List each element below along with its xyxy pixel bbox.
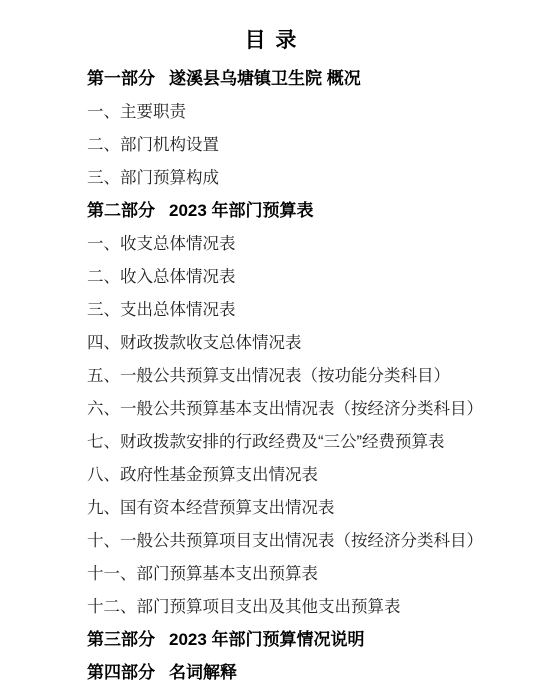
toc-item-text: 三、部门预算构成	[87, 164, 219, 188]
toc-item-text: 六、一般公共预算基本支出情况表（按经济分类科目）	[87, 395, 483, 419]
toc-item-text: 四、财政拨款收支总体情况表	[87, 329, 302, 353]
toc-item-text: 一、收支总体情况表	[87, 230, 236, 254]
toc-item-text: 一、主要职责	[87, 98, 186, 122]
toc-item: 十、一般公共预算项目支出情况表（按经济分类科目）	[87, 522, 513, 555]
toc-part-heading: 第一部分遂溪县乌塘镇卫生院 概况	[87, 60, 513, 93]
toc-item-text: 七、财政拨款安排的行政经费及“三公”经费预算表	[87, 428, 445, 452]
toc-list: 第一部分遂溪县乌塘镇卫生院 概况一、主要职责二、部门机构设置三、部门预算构成第二…	[0, 60, 543, 687]
part-label: 第四部分	[87, 658, 155, 683]
part-label: 第二部分	[87, 196, 155, 221]
toc-part-heading: 第三部分2023 年部门预算情况说明	[87, 621, 513, 654]
toc-item-text: 十二、部门预算项目支出及其他支出预算表	[87, 593, 401, 617]
toc-item: 八、政府性基金预算支出情况表	[87, 456, 513, 489]
toc-item: 二、部门机构设置	[87, 126, 513, 159]
part-label: 第三部分	[87, 625, 155, 650]
toc-item: 六、一般公共预算基本支出情况表（按经济分类科目）	[87, 390, 513, 423]
toc-item: 十一、部门预算基本支出预算表	[87, 555, 513, 588]
part-title: 2023 年部门预算情况说明	[169, 625, 365, 650]
part-title: 2023 年部门预算表	[169, 196, 314, 221]
part-title: 名词解释	[169, 658, 237, 683]
toc-item-text: 二、部门机构设置	[87, 131, 219, 155]
part-label: 第一部分	[87, 64, 155, 89]
toc-item: 三、部门预算构成	[87, 159, 513, 192]
toc-item: 一、主要职责	[87, 93, 513, 126]
toc-item: 一、收支总体情况表	[87, 225, 513, 258]
part-title: 遂溪县乌塘镇卫生院 概况	[169, 64, 361, 89]
toc-item: 十二、部门预算项目支出及其他支出预算表	[87, 588, 513, 621]
toc-item-text: 十一、部门预算基本支出预算表	[87, 560, 318, 584]
toc-item: 二、收入总体情况表	[87, 258, 513, 291]
document-page: 目 录 第一部分遂溪县乌塘镇卫生院 概况一、主要职责二、部门机构设置三、部门预算…	[0, 0, 543, 695]
toc-item: 五、一般公共预算支出情况表（按功能分类科目）	[87, 357, 513, 390]
toc-item: 四、财政拨款收支总体情况表	[87, 324, 513, 357]
toc-item-text: 五、一般公共预算支出情况表（按功能分类科目）	[87, 362, 450, 386]
toc-page-title: 目 录	[0, 24, 543, 58]
toc-item: 七、财政拨款安排的行政经费及“三公”经费预算表	[87, 423, 513, 456]
toc-item-text: 二、收入总体情况表	[87, 263, 236, 287]
toc-item: 九、国有资本经营预算支出情况表	[87, 489, 513, 522]
toc-item: 三、支出总体情况表	[87, 291, 513, 324]
toc-item-text: 九、国有资本经营预算支出情况表	[87, 494, 335, 518]
toc-item-text: 八、政府性基金预算支出情况表	[87, 461, 318, 485]
toc-item-text: 三、支出总体情况表	[87, 296, 236, 320]
toc-part-heading: 第二部分2023 年部门预算表	[87, 192, 513, 225]
toc-item-text: 十、一般公共预算项目支出情况表（按经济分类科目）	[87, 527, 483, 551]
toc-part-heading: 第四部分名词解释	[87, 654, 513, 687]
